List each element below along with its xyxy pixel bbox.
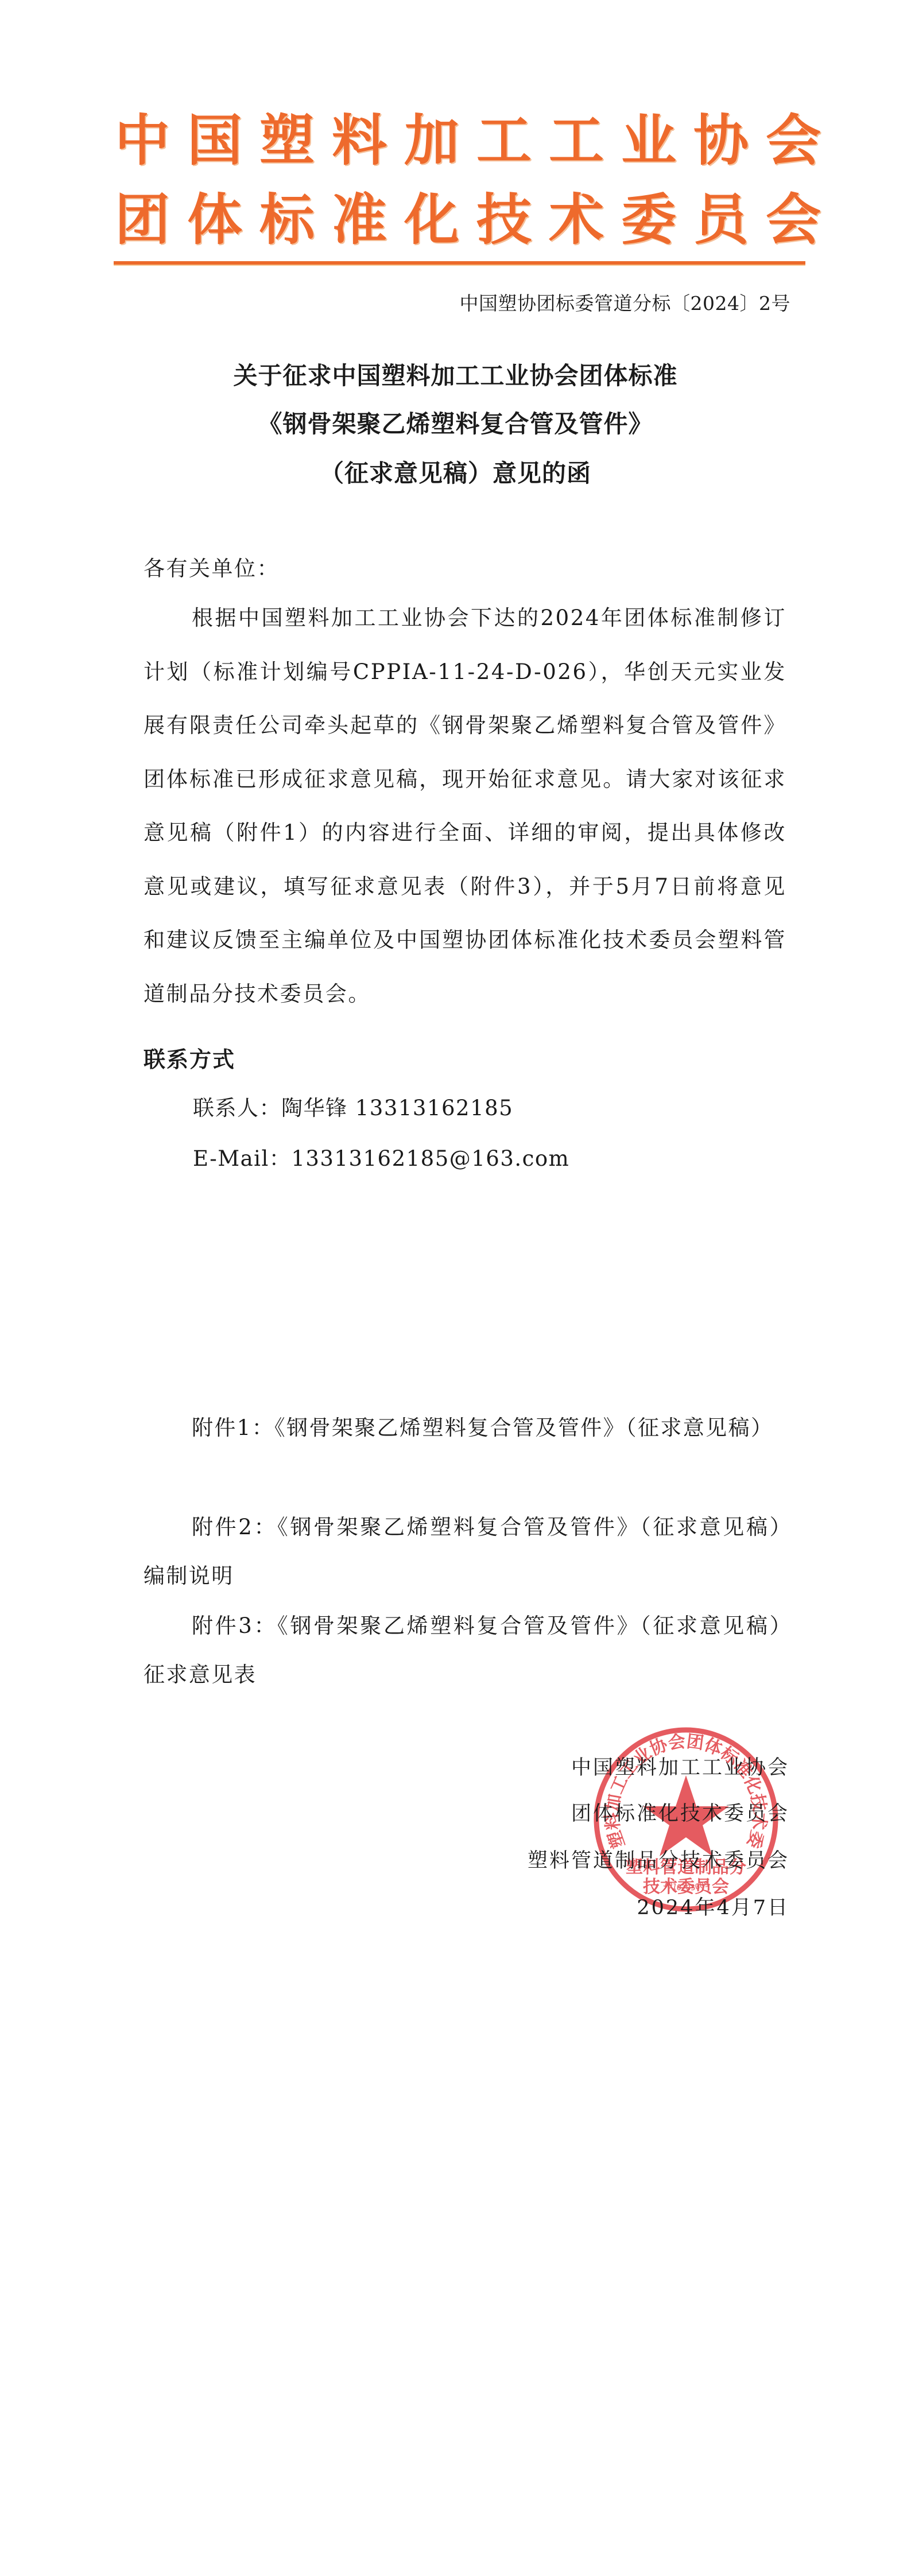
document-number: 中国塑协团标委管道分标〔2024〕2号	[460, 289, 790, 316]
contact-email-label: E-Mail：	[193, 1146, 291, 1171]
attachment-label: 附件2：	[192, 1515, 277, 1539]
title-line-2: 《钢骨架聚乙烯塑料复合管及管件》	[0, 410, 911, 439]
signature-org-line-2: 团体标准化技术委员会	[571, 1798, 789, 1826]
letterhead-line-2: 团体标准化技术委员会	[115, 188, 798, 251]
signature-org-line-1: 中国塑料加工工业协会	[571, 1752, 789, 1780]
contact-person-name: 陶华锋	[281, 1096, 348, 1120]
contact-phone: 13313162185	[355, 1096, 513, 1120]
title-line-1: 关于征求中国塑料加工工业协会团体标准	[0, 362, 911, 390]
attachment-label: 附件1：	[192, 1415, 274, 1440]
contact-email[interactable]: 13313162185@163.com	[291, 1146, 569, 1171]
body-paragraph: 根据中国塑料加工工业协会下达的2024年团体标准制修订计划（标准计划编号CPPI…	[144, 591, 786, 1021]
contact-email-line: E-Mail：13313162185@163.com	[193, 1141, 569, 1172]
signature-date: 2024年4月7日	[637, 1892, 789, 1921]
greeting: 各有关单位：	[144, 551, 786, 582]
attachment-text: 《钢骨架聚乙烯塑料复合管及管件》（征求意见稿）	[274, 1415, 773, 1440]
attachment-label: 附件3：	[192, 1613, 277, 1638]
contact-heading: 联系方式	[144, 1042, 235, 1073]
attachment-3: 附件3：《钢骨架聚乙烯塑料复合管及管件》（征求意见稿）征求意见表	[144, 1601, 792, 1699]
title-line-3: （征求意见稿）意见的函	[0, 459, 911, 488]
contact-person-line: 联系人：陶华锋 13313162185	[193, 1091, 513, 1122]
attachment-2: 附件2：《钢骨架聚乙烯塑料复合管及管件》（征求意见稿）编制说明	[144, 1503, 792, 1600]
signature-org-line-3: 塑料管道制品分技术委员会	[528, 1845, 789, 1873]
attachment-1: 附件1：《钢骨架聚乙烯塑料复合管及管件》（征求意见稿）	[144, 1403, 792, 1452]
letterhead-rule	[114, 261, 805, 265]
letterhead-line-1: 中国塑料加工工业协会	[115, 109, 798, 172]
contact-person-label: 联系人：	[193, 1096, 281, 1120]
